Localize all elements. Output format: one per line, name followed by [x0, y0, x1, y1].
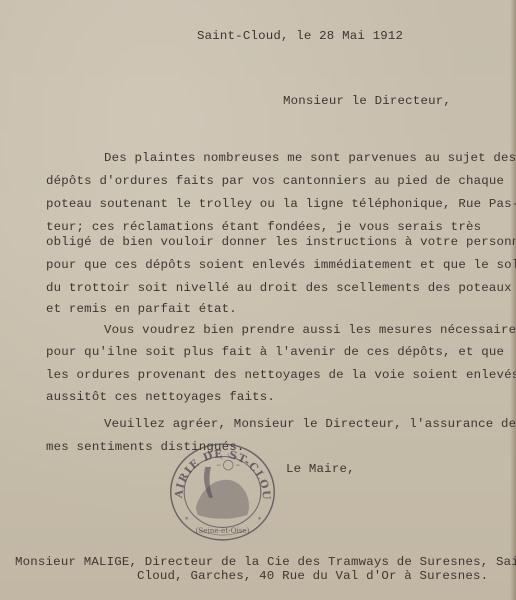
paragraph-1-line: pour que ces dépôts soient enlevés imméd… [46, 259, 516, 271]
paragraph-2-line: Vous voudrez bien prendre aussi les mesu… [104, 324, 516, 336]
paragraph-2-line: les ordures provenant des nettoyages de … [46, 369, 516, 381]
paragraph-1-line: dépôts d'ordures faits par vos cantonnie… [46, 175, 504, 187]
closing-line: Veuillez agréer, Monsieur le Directeur, … [104, 418, 516, 430]
page-edge-shadow [510, 0, 516, 600]
paragraph-1-line: obligé de bien vouloir donner les instru… [46, 236, 516, 248]
recipient-line: Monsieur MALIGE, Directeur de la Cie des… [15, 556, 516, 568]
recipient-line: Cloud, Garches, 40 Rue du Val d'Or à Sur… [137, 570, 488, 582]
svg-text:(Seine-et-Oise): (Seine-et-Oise) [196, 526, 250, 535]
mairie-stamp: MAIRIE DE ST-CLOUD (Seine-et-Oise) ✶ ✶ [165, 438, 280, 544]
paragraph-1-line: teur; ces réclamations étant fondées, je… [46, 221, 481, 233]
svg-text:✶: ✶ [257, 516, 262, 523]
svg-text:✶: ✶ [184, 516, 189, 523]
paragraph-2-line: pour qu'ilne soit plus fait à l'avenir d… [46, 346, 504, 358]
paragraph-1-line: du trottoir soit nivellé au droit des sc… [46, 282, 512, 294]
scanned-letter-page: Saint-Cloud, le 28 Mai 1912 Monsieur le … [0, 0, 516, 600]
signature: Le Maire, [286, 463, 355, 475]
dateline: Saint-Cloud, le 28 Mai 1912 [197, 30, 403, 42]
paragraph-1-line: poteau soutenant le trolley ou la ligne … [46, 198, 516, 210]
paragraph-1-line: et remis en parfait état. [46, 303, 237, 315]
salutation: Monsieur le Directeur, [283, 95, 451, 107]
paragraph-2-line: aussitôt ces nettoyages faits. [46, 391, 275, 403]
paragraph-1-line: Des plaintes nombreuses me sont parvenue… [104, 152, 516, 164]
